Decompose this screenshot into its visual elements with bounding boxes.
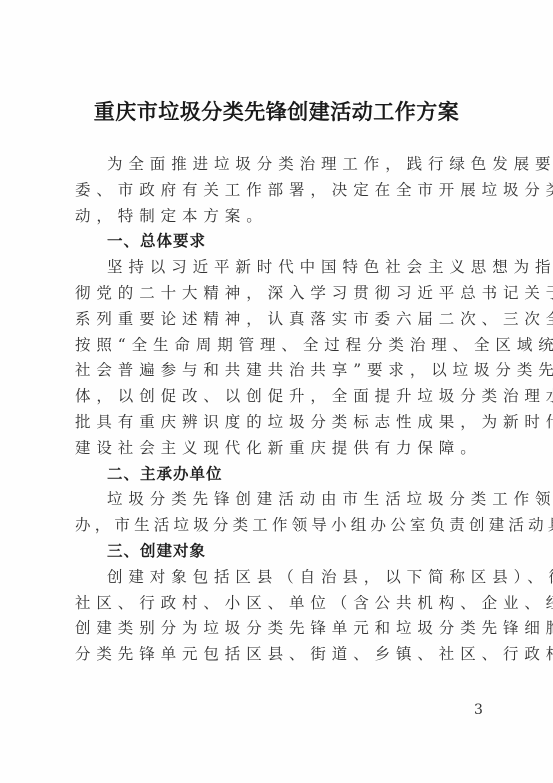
paragraph-line: 彻党的二十大精神，深入学习贯彻习近平总书记关于垃圾分类的 — [75, 281, 487, 307]
paragraph-line: 建设社会主义现代化新重庆提供有力保障。 — [75, 436, 487, 462]
section-heading-organizers: 二、主承办单位 — [75, 462, 487, 488]
section-heading-overall-requirements: 一、总体要求 — [75, 229, 487, 255]
page-number: 3 — [474, 702, 483, 718]
paragraph-line: 垃圾分类先锋创建活动由市生活垃圾分类工作领导小组主 — [75, 487, 487, 513]
paragraph-line: 社区、行政村、小区、单位（含公共机构、企业、经营场所等）。 — [75, 591, 487, 617]
document-body: 为全面推进垃圾分类治理工作，践行绿色发展要求，按照市 委、市政府有关工作部署，决… — [75, 152, 487, 668]
paragraph-line: 分类先锋单元包括区县、街道、乡镇、社区、行政村，垃圾分类 — [75, 642, 487, 668]
paragraph-line: 创建对象包括区县（自治县，以下简称区县）、街道、乡镇、 — [75, 565, 487, 591]
paragraph-line: 动，特制定本方案。 — [75, 204, 487, 230]
document-page: 重庆市垃圾分类先锋创建活动工作方案 为全面推进垃圾分类治理工作，践行绿色发展要求… — [0, 0, 553, 783]
paragraph-line: 社会普遍参与和共建共治共享”要求，以垃圾分类先锋创建为载 — [75, 358, 487, 384]
document-title: 重庆市垃圾分类先锋创建活动工作方案 — [0, 96, 553, 126]
paragraph-line: 为全面推进垃圾分类治理工作，践行绿色发展要求，按照市 — [75, 152, 487, 178]
paragraph-line: 办，市生活垃圾分类工作领导小组办公室负责创建活动具体工作。 — [75, 513, 487, 539]
paragraph-line: 创建类别分为垃圾分类先锋单元和垃圾分类先锋细胞，其中垃圾 — [75, 616, 487, 642]
paragraph-line: 系列重要论述精神，认真落实市委六届二次、三次全会工作安排， — [75, 307, 487, 333]
section-heading-creation-targets: 三、创建对象 — [75, 539, 487, 565]
paragraph-line: 坚持以习近平新时代中国特色社会主义思想为指导，全面贯 — [75, 255, 487, 281]
paragraph-line: 批具有重庆辨识度的垃圾分类标志性成果，为新时代新征程全面 — [75, 410, 487, 436]
paragraph-line: 体，以创促改、以创促升，全面提升垃圾分类治理水平，培育一 — [75, 384, 487, 410]
paragraph-line: 按照“全生命周期管理、全过程分类治理、全区域统筹实施、全 — [75, 333, 487, 359]
paragraph-line: 委、市政府有关工作部署，决定在全市开展垃圾分类先锋创建活 — [75, 178, 487, 204]
